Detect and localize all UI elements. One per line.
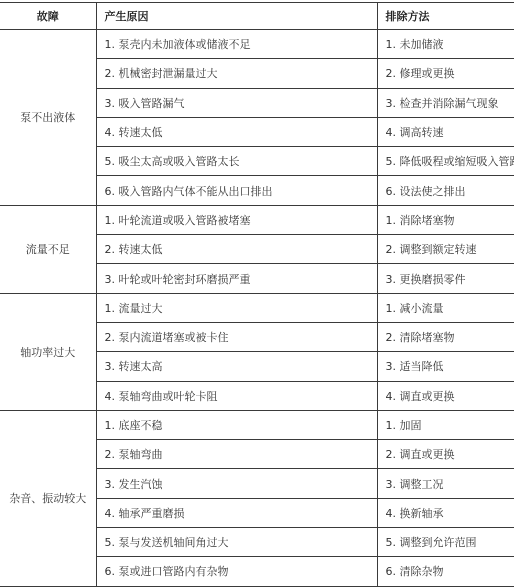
cause-cell: 4. 泵轴弯曲或叶轮卡阻 <box>96 381 377 410</box>
fault-cell: 轴功率过大 <box>0 293 96 410</box>
remedy-cell: 2. 修理或更换 <box>377 59 514 88</box>
remedy-cell: 1. 减小流量 <box>377 293 514 322</box>
cause-cell: 5. 吸尘太高或吸入管路太长 <box>96 147 377 176</box>
cause-cell: 2. 转速太低 <box>96 235 377 264</box>
remedy-cell: 1. 加固 <box>377 410 514 439</box>
cause-cell: 2. 泵内流道堵塞或被卡住 <box>96 322 377 351</box>
cause-cell: 1. 叶轮流道或吸入管路被堵塞 <box>96 205 377 234</box>
remedy-cell: 4. 换新轴承 <box>377 498 514 527</box>
table-row: 轴功率过大 1. 流量过大 1. 减小流量 <box>0 293 514 322</box>
remedy-cell: 4. 调高转速 <box>377 117 514 146</box>
cause-cell: 1. 泵壳内未加液体或储液不足 <box>96 30 377 59</box>
cause-cell: 4. 转速太低 <box>96 117 377 146</box>
remedy-cell: 1. 消除堵塞物 <box>377 205 514 234</box>
pump-troubleshooting-table: 故障 产生原因 排除方法 泵不出液体 1. 泵壳内未加液体或储液不足 1. 未加… <box>0 2 514 587</box>
table-row: 流量不足 1. 叶轮流道或吸入管路被堵塞 1. 消除堵塞物 <box>0 205 514 234</box>
remedy-cell: 6. 设法使之排出 <box>377 176 514 205</box>
fault-cell: 杂音、振动较大 <box>0 410 96 586</box>
table-row: 杂音、振动较大 1. 底座不稳 1. 加固 <box>0 410 514 439</box>
remedy-cell: 1. 未加储液 <box>377 30 514 59</box>
cause-cell: 3. 吸入管路漏气 <box>96 88 377 117</box>
remedy-cell: 4. 调直或更换 <box>377 381 514 410</box>
cause-cell: 6. 吸入管路内气体不能从出口排出 <box>96 176 377 205</box>
remedy-cell: 3. 检查并消除漏气现象 <box>377 88 514 117</box>
remedy-cell: 5. 调整到允许范围 <box>377 528 514 557</box>
cause-cell: 3. 发生汽蚀 <box>96 469 377 498</box>
header-cause: 产生原因 <box>96 3 377 30</box>
remedy-cell: 2. 调直或更换 <box>377 440 514 469</box>
cause-cell: 3. 叶轮或叶轮密封环磨损严重 <box>96 264 377 293</box>
header-fault: 故障 <box>0 3 96 30</box>
table-row: 泵不出液体 1. 泵壳内未加液体或储液不足 1. 未加储液 <box>0 30 514 59</box>
cause-cell: 1. 底座不稳 <box>96 410 377 439</box>
remedy-cell: 2. 调整到额定转速 <box>377 235 514 264</box>
cause-cell: 2. 机械密封泄漏量过大 <box>96 59 377 88</box>
remedy-cell: 3. 更换磨损零件 <box>377 264 514 293</box>
cause-cell: 1. 流量过大 <box>96 293 377 322</box>
remedy-cell: 3. 调整工况 <box>377 469 514 498</box>
cause-cell: 5. 泵与发送机轴间角过大 <box>96 528 377 557</box>
cause-cell: 3. 转速太高 <box>96 352 377 381</box>
fault-cell: 泵不出液体 <box>0 30 96 206</box>
cause-cell: 4. 轴承严重磨损 <box>96 498 377 527</box>
remedy-cell: 3. 适当降低 <box>377 352 514 381</box>
remedy-cell: 2. 清除堵塞物 <box>377 322 514 351</box>
cause-cell: 2. 泵轴弯曲 <box>96 440 377 469</box>
header-remedy: 排除方法 <box>377 3 514 30</box>
cause-cell: 6. 泵或进口管路内有杂物 <box>96 557 377 586</box>
header-row: 故障 产生原因 排除方法 <box>0 3 514 30</box>
remedy-cell: 6. 清除杂物 <box>377 557 514 586</box>
remedy-cell: 5. 降低吸程或缩短吸入管路 <box>377 147 514 176</box>
fault-cell: 流量不足 <box>0 205 96 293</box>
